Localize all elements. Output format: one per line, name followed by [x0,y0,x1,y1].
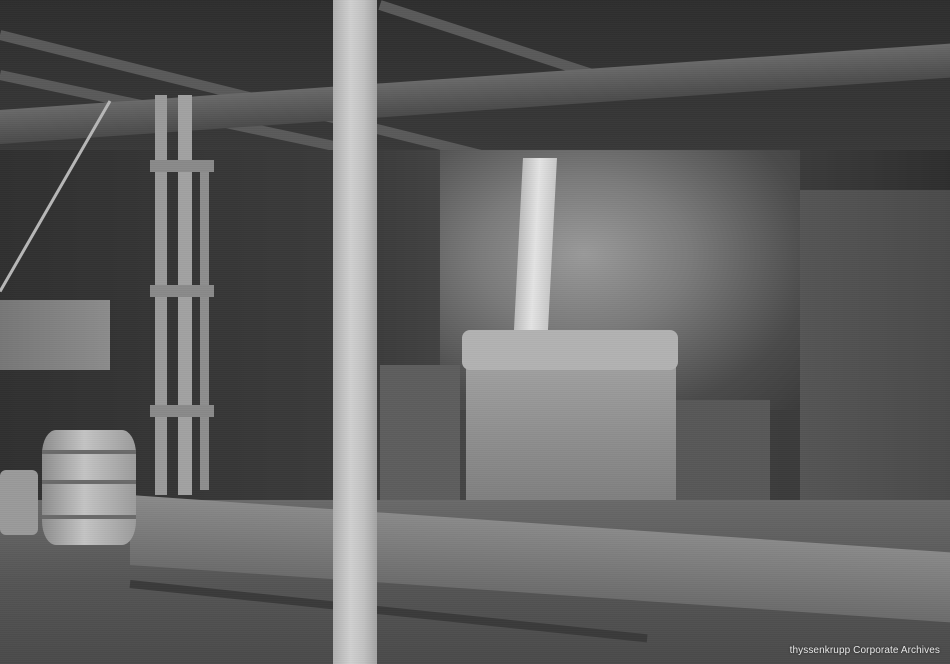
film-grain [0,0,950,664]
archive-credit: thyssenkrupp Corporate Archives [790,645,940,656]
archival-photograph: thyssenkrupp Corporate Archives [0,0,950,664]
